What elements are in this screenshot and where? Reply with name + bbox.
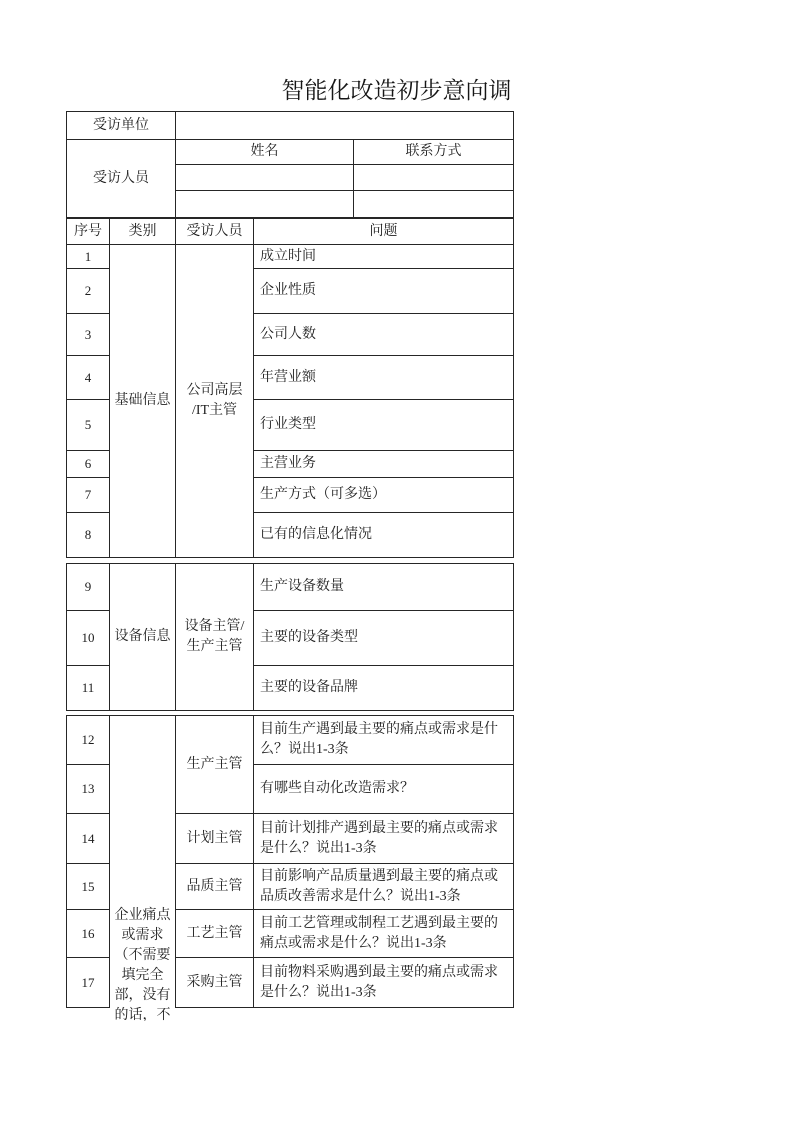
row-index-cell: 13: [67, 765, 110, 814]
unit-label-cell: 受访单位: [67, 112, 176, 140]
question-cell: 企业性质: [254, 269, 514, 314]
question-cell: 行业类型: [254, 400, 514, 451]
category-cell-equipment: 设备信息: [110, 564, 176, 711]
interviewee-cell-purchasing: 采购主管: [176, 958, 254, 1008]
question-cell: 目前计划排产遇到最主要的痛点或需求是什么？说出1-3条: [254, 814, 514, 864]
row-index-cell: 5: [67, 400, 110, 451]
row-index-cell: 2: [67, 269, 110, 314]
question-cell: 主营业务: [254, 451, 514, 478]
index-column-header: 序号: [67, 219, 110, 245]
category-column-header: 类别: [110, 219, 176, 245]
interviewee-cell-planning: 计划主管: [176, 814, 254, 864]
question-cell: 目前生产遇到最主要的痛点或需求是什么？说出1-3条: [254, 716, 514, 765]
question-cell: 成立时间: [254, 245, 514, 269]
category-painpoints-text: 企业痛点 或需求 （不需要 填完全 部，没有 的话，不 用填）: [110, 716, 175, 1021]
row-index-cell: 8: [67, 513, 110, 558]
question-cell: 主要的设备品牌: [254, 666, 514, 711]
row-index-cell: 14: [67, 814, 110, 864]
interviewee-cell-equip-prod: 设备主管/ 生产主管: [176, 564, 254, 711]
category-cell-basic: 基础信息: [110, 245, 176, 558]
question-cell: 公司人数: [254, 314, 514, 356]
name-column-header: 姓名: [176, 140, 354, 165]
unit-value-cell[interactable]: [176, 112, 514, 140]
question-cell: 生产设备数量: [254, 564, 514, 611]
question-column-header: 问题: [254, 219, 514, 245]
row-index-cell: 12: [67, 716, 110, 765]
name-input-cell[interactable]: [176, 165, 354, 191]
document-title: 智能化改造初步意向调: [0, 76, 793, 106]
row-index-cell: 17: [67, 958, 110, 1008]
contact-input-cell[interactable]: [354, 191, 514, 218]
name-input-cell[interactable]: [176, 191, 354, 218]
questions-table-painpoints: 12 企业痛点 或需求 （不需要 填完全 部，没有 的话，不 用填） 生产主管 …: [66, 715, 514, 1008]
contact-input-cell[interactable]: [354, 165, 514, 191]
question-cell: 有哪些自动化改造需求？: [254, 765, 514, 814]
question-cell: 已有的信息化情况: [254, 513, 514, 558]
questions-table-basic: 序号 类别 受访人员 问题 1 基础信息 公司高层 /IT主管 成立时间 2 企…: [66, 218, 514, 558]
question-cell: 目前工艺管理或制程工艺遇到最主要的痛点或需求是什么？说出1-3条: [254, 910, 514, 958]
interviewee-cell-quality: 品质主管: [176, 864, 254, 910]
interviewee-column-header: 受访人员: [176, 219, 254, 245]
questions-table-equipment: 9 设备信息 设备主管/ 生产主管 生产设备数量 10 主要的设备类型 11 主…: [66, 563, 514, 711]
row-index-cell: 11: [67, 666, 110, 711]
category-cell-painpoints: 企业痛点 或需求 （不需要 填完全 部，没有 的话，不 用填）: [110, 716, 176, 1008]
row-index-cell: 3: [67, 314, 110, 356]
row-index-cell: 15: [67, 864, 110, 910]
question-cell: 主要的设备类型: [254, 611, 514, 666]
row-index-cell: 4: [67, 356, 110, 400]
question-cell: 目前影响产品质量遇到最主要的痛点或品质改善需求是什么？说出1-3条: [254, 864, 514, 910]
interviewee-cell-production: 生产主管: [176, 716, 254, 814]
interviewee-cell-exec-it: 公司高层 /IT主管: [176, 245, 254, 558]
question-cell: 年营业额: [254, 356, 514, 400]
question-cell: 生产方式（可多选）: [254, 478, 514, 513]
people-label-cell: 受访人员: [67, 140, 176, 218]
row-index-cell: 10: [67, 611, 110, 666]
row-index-cell: 1: [67, 245, 110, 269]
row-index-cell: 7: [67, 478, 110, 513]
row-index-cell: 16: [67, 910, 110, 958]
contact-column-header: 联系方式: [354, 140, 514, 165]
row-index-cell: 9: [67, 564, 110, 611]
question-cell: 目前物料采购遇到最主要的痛点或需求是什么？说出1-3条: [254, 958, 514, 1008]
interviewee-cell-process: 工艺主管: [176, 910, 254, 958]
document-page: 智能化改造初步意向调 受访单位 受访人员 姓名 联系方式 序号 类别 受访人员 …: [0, 0, 793, 1122]
category-painpoints-clip: 企业痛点 或需求 （不需要 填完全 部，没有 的话，不 用填）: [110, 716, 175, 1021]
info-table: 受访单位 受访人员 姓名 联系方式: [66, 111, 514, 218]
row-index-cell: 6: [67, 451, 110, 478]
